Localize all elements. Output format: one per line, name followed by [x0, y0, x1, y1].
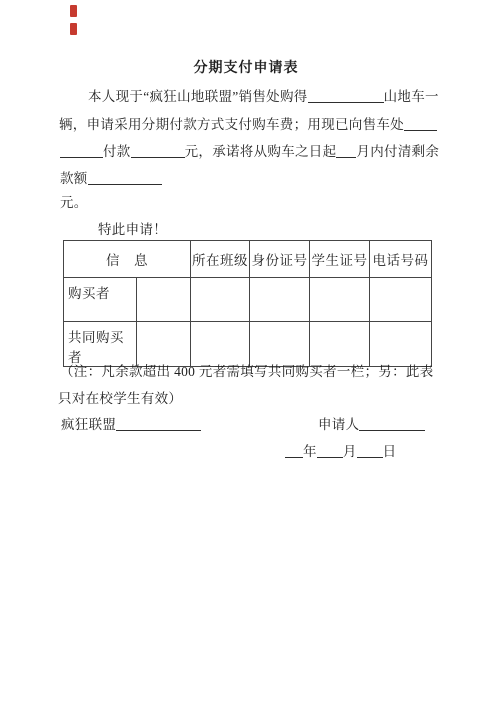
blank-line	[116, 418, 201, 431]
red-watermark-glyph	[70, 23, 77, 35]
body-line-1: 本人现于“疯狂山地联盟”销售处购得山地车一	[88, 88, 439, 106]
empty-cell	[250, 278, 310, 322]
empty-cell	[191, 278, 250, 322]
red-watermark-glyph	[70, 5, 77, 17]
day-label: 日	[383, 444, 397, 459]
blank-line	[357, 445, 383, 458]
body-text: 山地车一	[384, 89, 439, 104]
blank-line	[404, 118, 437, 131]
body-text: 款额	[60, 171, 88, 186]
blank-line	[285, 445, 303, 458]
body-text: 付款	[103, 144, 131, 159]
empty-cell	[370, 278, 432, 322]
blank-line	[336, 145, 356, 158]
empty-cell	[310, 322, 370, 367]
empty-cell	[250, 322, 310, 367]
body-text: 本人现于“疯狂山地联盟”销售处购得	[88, 89, 308, 104]
applicant-signature: 申请人	[318, 416, 425, 434]
header-cell-info: 信 息	[64, 241, 191, 278]
document-page: { "document": { "title": "分期支付申请表", "par…	[0, 0, 500, 707]
header-cell-student-id: 学生证号	[310, 241, 370, 278]
org-signature: 疯狂联盟	[61, 416, 201, 434]
row-label-co-buyer: 共同购买者	[64, 322, 137, 367]
note-line-2: 只对在校学生有效）	[58, 390, 182, 408]
blank-line	[317, 445, 343, 458]
org-label: 疯狂联盟	[61, 417, 116, 432]
table-row-co-buyer: 共同购买者	[64, 322, 432, 367]
red-watermark	[70, 5, 87, 18]
blank-line	[359, 418, 425, 431]
body-line-5: 元。	[60, 194, 88, 212]
row-label-buyer: 购买者	[64, 278, 137, 322]
body-text: 辆，申请采用分期付款方式支付购车费；用现已向售车处	[59, 117, 404, 132]
applicant-label: 申请人	[318, 417, 359, 432]
request-line: 特此申请！	[98, 221, 167, 239]
empty-cell	[137, 322, 191, 367]
body-text: 元，承诺将从购车之日起	[185, 144, 337, 159]
date-line: 年月日	[285, 443, 396, 461]
note-line-1: （注：凡余款超出 400 元者需填写共同购买者一栏；另：此表	[60, 363, 434, 381]
empty-cell	[191, 322, 250, 367]
body-line-3: 付款元，承诺将从购车之日起月内付清剩余	[60, 143, 439, 161]
blank-line	[131, 145, 185, 158]
blank-line	[60, 145, 103, 158]
empty-cell	[370, 322, 432, 367]
header-cell-class: 所在班级	[191, 241, 250, 278]
body-line-2: 辆，申请采用分期付款方式支付购车费；用现已向售车处	[59, 116, 437, 134]
info-table: 信 息 所在班级 身份证号 学生证号 电话号码 购买者 共同购买者	[63, 240, 432, 367]
empty-cell	[310, 278, 370, 322]
header-cell-phone: 电话号码	[370, 241, 432, 278]
page-title: 分期支付申请表	[60, 60, 432, 78]
blank-line	[308, 90, 384, 103]
body-line-4: 款额	[60, 170, 162, 188]
body-text: 月内付清剩余	[356, 144, 439, 159]
table-header-row: 信 息 所在班级 身份证号 学生证号 电话号码	[64, 241, 432, 278]
header-cell-id-number: 身份证号	[250, 241, 310, 278]
blank-line	[88, 172, 162, 185]
empty-cell	[137, 278, 191, 322]
year-label: 年	[303, 444, 317, 459]
table-row-buyer: 购买者	[64, 278, 432, 322]
month-label: 月	[343, 444, 357, 459]
